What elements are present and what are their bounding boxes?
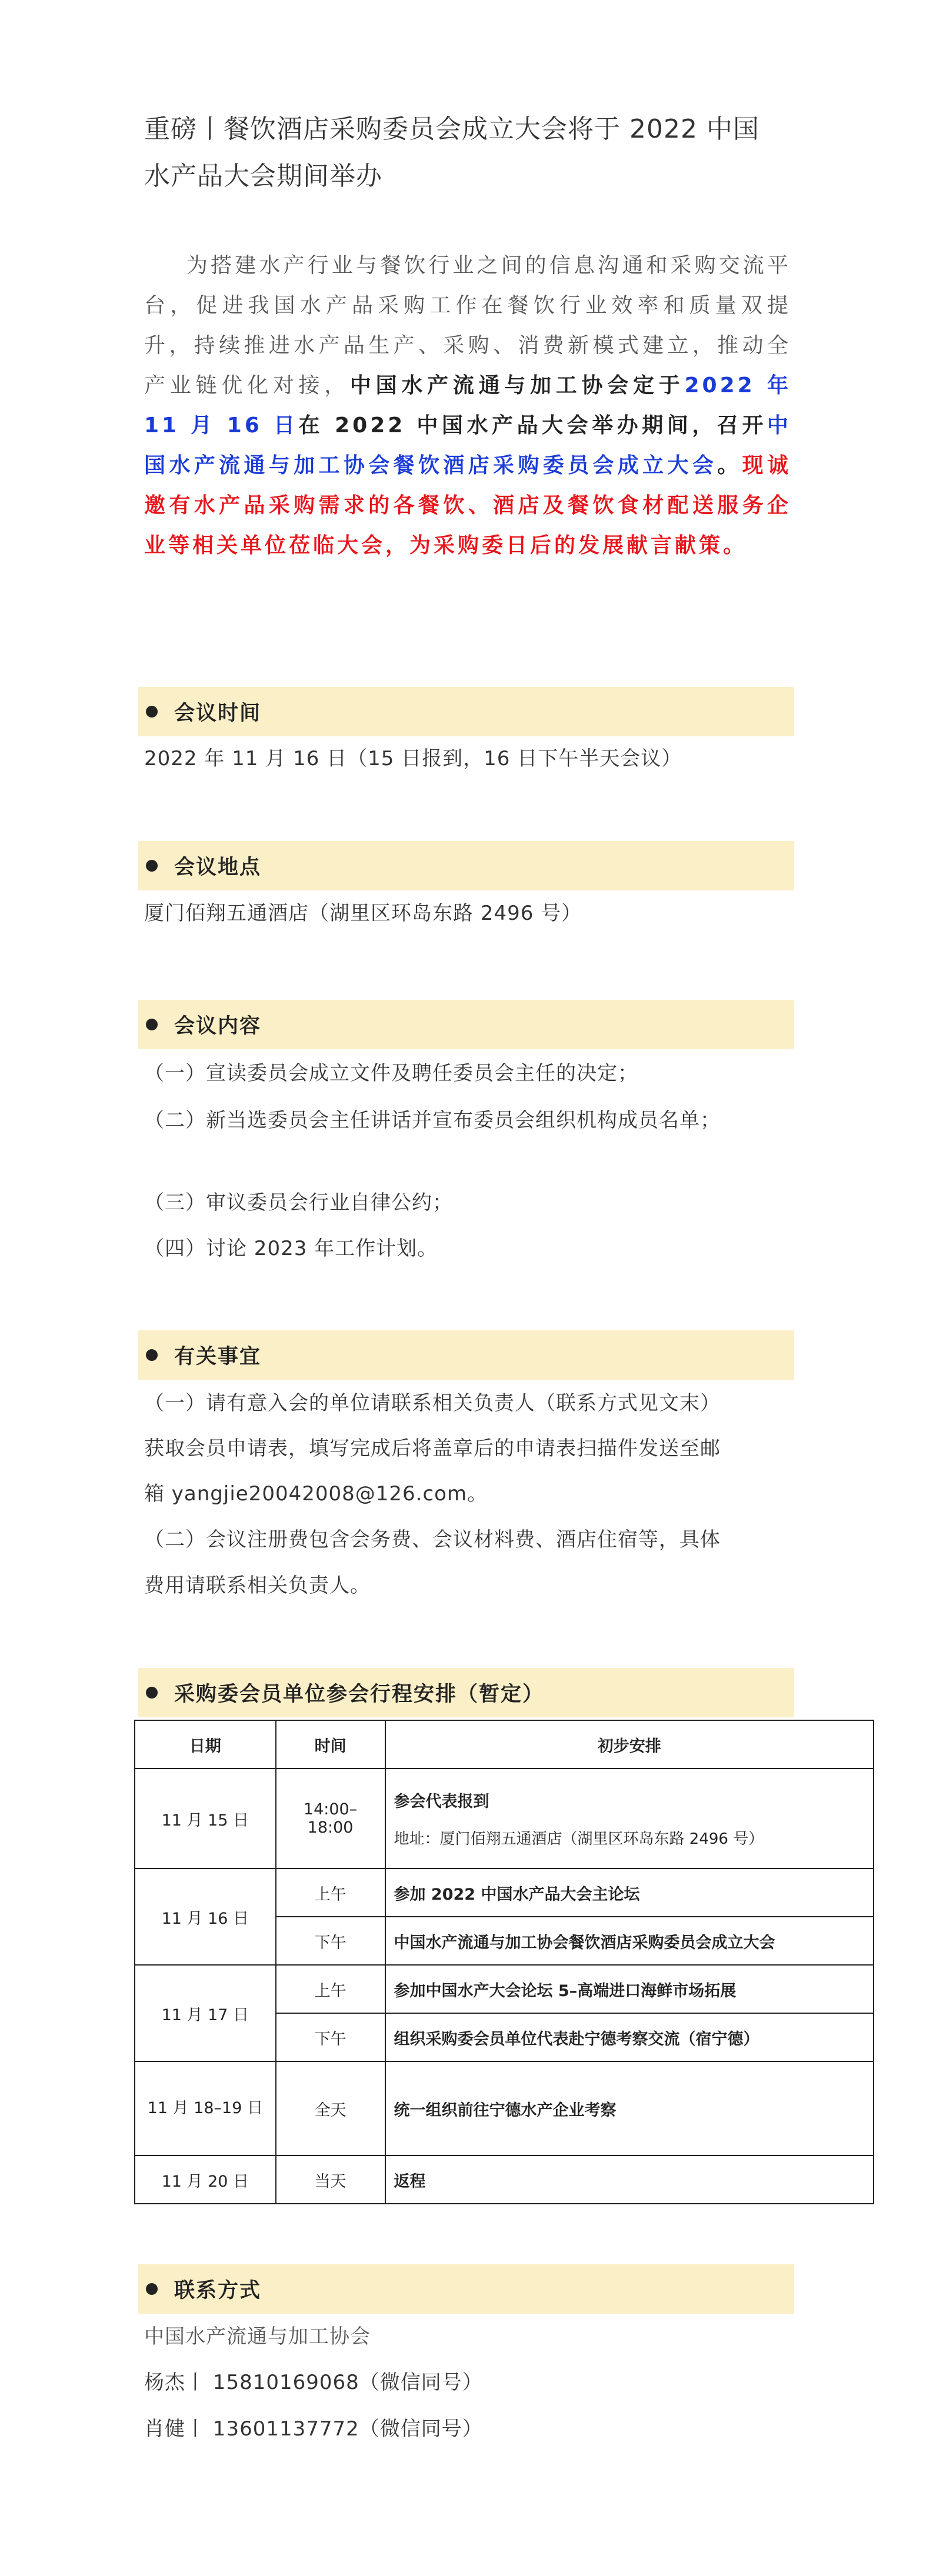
schedule-table: 日期 时间 初步安排 11 月 15 日 14:00–18:00 参会代表报到 … xyxy=(134,1720,874,2204)
agenda-item: （一）宣读委员会成立文件及聘任委员会主任的决定； xyxy=(144,1057,638,1086)
bullet-icon xyxy=(146,1349,158,1361)
section-label: 会议时间 xyxy=(174,697,261,726)
cell-date: 11 月 18–19 日 xyxy=(135,2061,276,2155)
matters-item-2-line-1: （二）会议注册费包含会务费、会议材料费、酒店住宿等，具体 xyxy=(144,1523,721,1552)
agenda-item: （四）讨论 2023 年工作计划。 xyxy=(144,1232,438,1261)
matters-item-1-line-2: 获取会员申请表，填写完成后将盖章后的申请表扫描件发送至邮 xyxy=(144,1432,721,1461)
section-heading-location: 会议地点 xyxy=(138,841,794,890)
intro-period: 。 xyxy=(717,453,742,478)
table-row: 11 月 18–19 日 全天 统一组织前往宁德水产企业考察 xyxy=(135,2061,874,2155)
section-label: 采购委会员单位参会行程安排（暂定） xyxy=(174,1678,544,1707)
cell-time: 全天 xyxy=(276,2061,385,2155)
intro-text-2: 在 2022 中国水产品大会举办期间，召开 xyxy=(299,413,767,438)
cell-plan: 中国水产流通与加工协会餐饮酒店采购委员会成立大会 xyxy=(385,1917,874,1965)
section-heading-matters: 有关事宜 xyxy=(138,1330,794,1380)
agenda-item: （二）新当选委员会主任讲话并宣布委员会组织机构成员名单； xyxy=(144,1104,721,1133)
contact-person: 杨杰丨 15810169068（微信同号） xyxy=(144,2366,483,2395)
section-heading-time: 会议时间 xyxy=(138,687,794,736)
title-line-2: 水产品大会期间举办 xyxy=(144,153,797,200)
cell-time: 上午 xyxy=(276,1965,385,2013)
intro-organizer: 中国水产流通与加工协会定于 xyxy=(350,373,685,398)
table-row: 11 月 20 日 当天 返程 xyxy=(135,2155,874,2204)
plan-text: 参会代表报到 xyxy=(394,1788,865,1811)
section-label: 有关事宜 xyxy=(174,1340,261,1370)
cell-time: 当天 xyxy=(276,2155,385,2204)
article-page: 重磅丨餐饮酒店采购委员会成立大会将于 2022 中国 水产品大会期间举办 为搭建… xyxy=(0,0,933,2576)
contact-person: 肖健丨 13601137772（微信同号） xyxy=(144,2413,483,2441)
column-header-plan: 初步安排 xyxy=(385,1720,874,1769)
cell-time: 下午 xyxy=(276,2013,385,2061)
contact-organization: 中国水产流通与加工协会 xyxy=(144,2320,371,2349)
cell-date: 11 月 16 日 xyxy=(135,1868,276,1965)
cell-plan: 组织采购委会员单位代表赴宁德考察交流（宿宁德） xyxy=(385,2013,874,2061)
cell-plan: 参加 2022 中国水产品大会主论坛 xyxy=(385,1868,874,1917)
meeting-location-text: 厦门佰翔五通酒店（湖里区环岛东路 2496 号） xyxy=(144,897,582,926)
bullet-icon xyxy=(146,706,158,718)
title-line-1: 重磅丨餐饮酒店采购委员会成立大会将于 2022 中国 xyxy=(144,106,797,153)
meeting-time-text: 2022 年 11 月 16 日（15 日报到，16 日下午半天会议） xyxy=(144,742,682,771)
cell-plan: 统一组织前往宁德水产企业考察 xyxy=(385,2061,874,2155)
cell-time: 上午 xyxy=(276,1868,385,1917)
column-header-date: 日期 xyxy=(135,1720,276,1769)
section-heading-contact: 联系方式 xyxy=(138,2264,794,2314)
table-row: 11 月 15 日 14:00–18:00 参会代表报到 地址：厦门佰翔五通酒店… xyxy=(135,1769,874,1868)
bullet-icon xyxy=(146,2283,158,2295)
cell-time: 下午 xyxy=(276,1917,385,1965)
cell-time: 14:00–18:00 xyxy=(276,1769,385,1868)
agenda-item: （三）审议委员会行业自律公约； xyxy=(144,1186,453,1215)
cell-date: 11 月 20 日 xyxy=(135,2155,276,2204)
bullet-icon xyxy=(146,1687,158,1699)
section-heading-agenda: 会议内容 xyxy=(138,1000,794,1049)
intro-paragraph: 为搭建水产行业与餐饮行业之间的信息沟通和采购交流平台，促进我国水产品采购工作在餐… xyxy=(144,246,791,566)
cell-date: 11 月 15 日 xyxy=(135,1769,276,1868)
cell-plan: 参加中国水产大会论坛 5–高端进口海鲜市场拓展 xyxy=(385,1965,874,2013)
cell-plan: 参会代表报到 地址：厦门佰翔五通酒店（湖里区环岛东路 2496 号） xyxy=(385,1769,874,1868)
article-title: 重磅丨餐饮酒店采购委员会成立大会将于 2022 中国 水产品大会期间举办 xyxy=(144,106,797,200)
cell-plan: 返程 xyxy=(385,2155,874,2204)
matters-item-1-line-1: （一）请有意入会的单位请联系相关负责人（联系方式见文末） xyxy=(144,1387,721,1416)
section-heading-schedule: 采购委会员单位参会行程安排（暂定） xyxy=(138,1668,794,1717)
matters-item-2-line-2: 费用请联系相关负责人。 xyxy=(144,1569,371,1598)
cell-date: 11 月 17 日 xyxy=(135,1965,276,2061)
column-header-time: 时间 xyxy=(276,1720,385,1769)
bullet-icon xyxy=(146,1019,158,1030)
plan-address-note: 地址：厦门佰翔五通酒店（湖里区环岛东路 2496 号） xyxy=(394,1827,865,1848)
table-row: 11 月 17 日 上午 参加中国水产大会论坛 5–高端进口海鲜市场拓展 xyxy=(135,1965,874,2013)
bullet-icon xyxy=(146,860,158,872)
section-label: 会议内容 xyxy=(174,1010,261,1039)
table-header-row: 日期 时间 初步安排 xyxy=(135,1720,874,1769)
section-label: 会议地点 xyxy=(174,851,261,880)
section-label: 联系方式 xyxy=(174,2274,261,2304)
matters-item-1-line-3: 箱 yangjie20042008@126.com。 xyxy=(144,1477,488,1506)
table-row: 11 月 16 日 上午 参加 2022 中国水产品大会主论坛 xyxy=(135,1868,874,1917)
